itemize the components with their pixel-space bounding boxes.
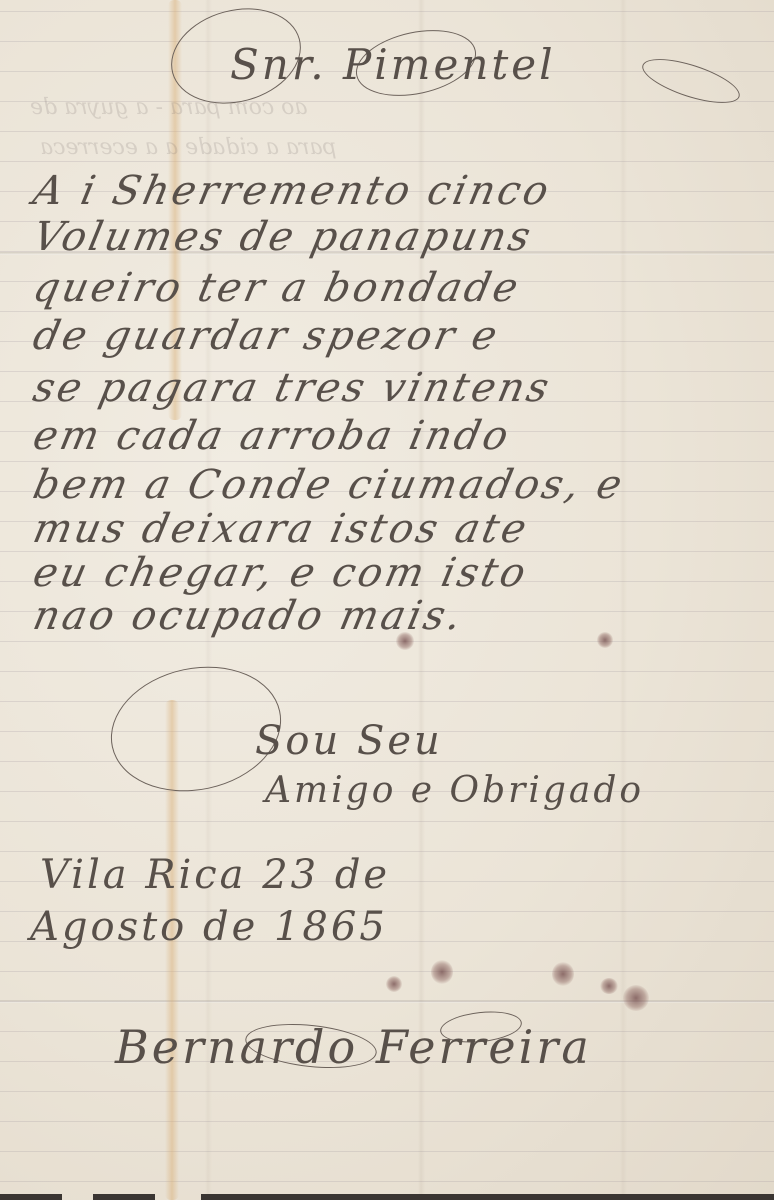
ink-blot	[600, 978, 618, 994]
bleed-through-text: para a cidade a a ecerreca	[40, 135, 337, 160]
body-line: Volumes de panapuns	[29, 214, 537, 260]
signature: Bernardo Ferreira	[115, 1020, 592, 1074]
salutation: Snr. Pimentel	[230, 40, 556, 89]
ink-blot	[597, 632, 613, 648]
ink-blot	[431, 960, 453, 984]
body-line: se pagara tres vintens	[29, 365, 556, 411]
fold-crease	[0, 1000, 774, 1003]
body-line: em cada arroba indo	[29, 413, 515, 459]
letter-page: ao com para - a guyra de para a cidade a…	[0, 0, 774, 1200]
place-date-line: Vila Rica 23 de	[40, 852, 390, 898]
ink-blot	[623, 985, 649, 1011]
page-bottom-edge	[0, 1194, 774, 1200]
ink-blot	[552, 962, 574, 986]
body-line: mus deixara istos ate	[29, 506, 533, 552]
ink-blot	[386, 976, 402, 992]
body-line: eu chegar, e com isto	[29, 550, 532, 596]
place-date-line: Agosto de 1865	[30, 904, 388, 950]
body-line: bem a Conde ciumados, e	[29, 462, 629, 508]
closing-line: Amigo e Obrigado	[265, 770, 644, 811]
closing-line: Sou Seu	[255, 718, 443, 764]
body-line: A i Sherremento cinco	[29, 168, 555, 214]
bleed-through-text: ao com para - a guyra de	[30, 95, 308, 120]
body-line: de guardar spezor e	[29, 313, 504, 359]
ink-blot	[396, 632, 414, 650]
body-line: queiro ter a bondade	[29, 265, 525, 311]
